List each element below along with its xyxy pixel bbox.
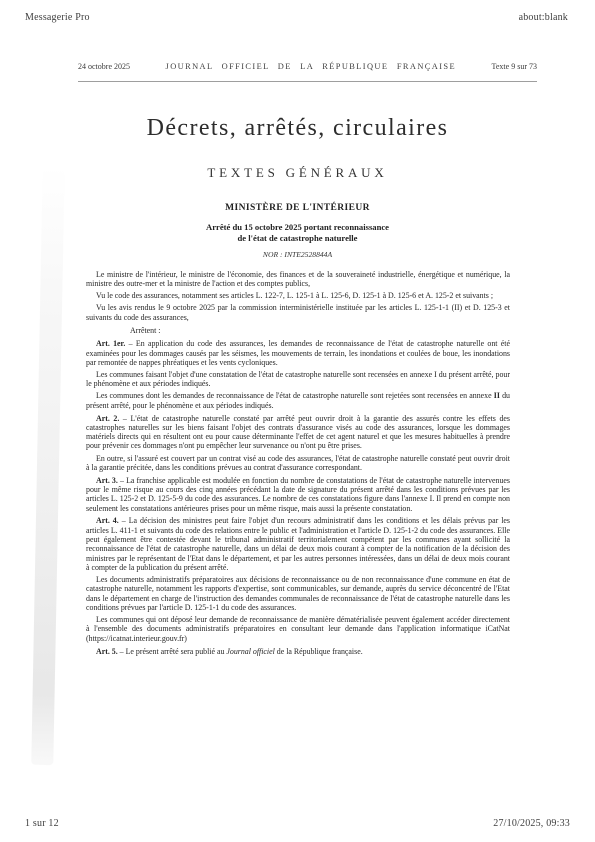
- decree-title-line1: Arrêté du 15 octobre 2025 portant reconn…: [0, 222, 595, 233]
- article-4: Art. 4. – La décision des ministres peut…: [86, 516, 510, 572]
- article-1-al2: Les communes faisant l'objet d'une const…: [86, 370, 510, 389]
- decree-title-line2: de l'état de catastrophe naturelle: [0, 233, 595, 244]
- ministry-heading: MINISTÈRE DE L'INTÉRIEUR: [0, 203, 595, 213]
- nor-reference: NOR : INTE2528844A: [0, 250, 595, 259]
- section-title: TEXTES GÉNÉRAUX: [0, 165, 595, 181]
- print-footer-timestamp: 27/10/2025, 09:33: [493, 818, 570, 829]
- decree-title: Arrêté du 15 octobre 2025 portant reconn…: [0, 222, 595, 243]
- article-4-al3: Les communes qui ont déposé leur demande…: [86, 615, 510, 643]
- article-2-al2: En outre, si l'assuré est couvert par un…: [86, 454, 510, 473]
- article-2: Art. 2. – L'état de catastrophe naturell…: [86, 414, 510, 451]
- visa-code-assurances: Vu le code des assurances, notamment ses…: [86, 291, 510, 300]
- article-1: Art. 1er. – En application du code des a…: [86, 339, 510, 367]
- jo-running-header: 24 octobre 2025 JOURNAL OFFICIEL DE LA R…: [78, 62, 537, 71]
- article-4-al2: Les documents administratifs préparatoir…: [86, 575, 510, 612]
- document-main-title: Décrets, arrêtés, circulaires: [0, 115, 595, 142]
- jo-header-title: JOURNAL OFFICIEL DE LA RÉPUBLIQUE FRANÇA…: [166, 62, 456, 71]
- printed-page: Messagerie Pro about:blank 24 octobre 20…: [0, 0, 595, 842]
- article-1-al3: Les communes dont les demandes de reconn…: [86, 391, 510, 410]
- article-3: Art. 3. – La franchise applicable est mo…: [86, 476, 510, 513]
- preamble-ministers: Le ministre de l'intérieur, le ministre …: [86, 270, 510, 289]
- jo-header-text-number: Texte 9 sur 73: [492, 62, 537, 71]
- visa-avis-commission: Vu les avis rendus le 9 octobre 2025 par…: [86, 303, 510, 322]
- article-5: Art. 5. – Le présent arrêté sera publié …: [86, 647, 510, 656]
- print-footer-page-count: 1 sur 12: [25, 818, 59, 829]
- print-header-title: Messagerie Pro: [25, 12, 90, 23]
- decree-body: Le ministre de l'intérieur, le ministre …: [86, 267, 510, 656]
- jo-header-date: 24 octobre 2025: [78, 62, 130, 71]
- arrete-label: Arrêtent :: [86, 326, 510, 335]
- jo-header-rule: [78, 81, 537, 82]
- print-header-url: about:blank: [519, 12, 568, 23]
